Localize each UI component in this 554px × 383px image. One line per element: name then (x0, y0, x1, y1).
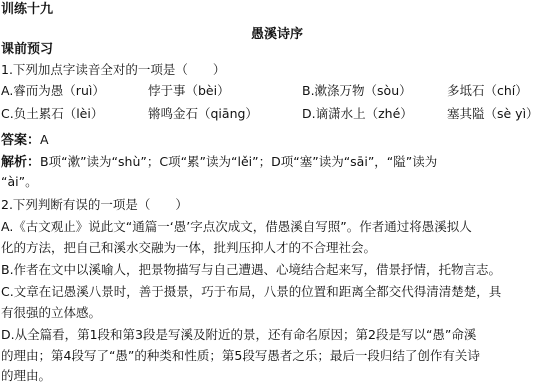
question-1-stem: 1.下列加点字读音全对的一项是（ ） (1, 62, 225, 78)
question-2-stem: 2.下列判断有误的一项是（ ） (1, 197, 188, 213)
q1-option-d-2: 塞其隘（sè yì） (447, 106, 539, 122)
q2-option-d-line2: 的理由；第4段写了“愚”的种类和性质；第5段写愚者之乐；最后一段归结了创作有关诗 (1, 348, 480, 364)
q1-answer: 答案：A (1, 132, 49, 149)
q2-option-d-line1: D.从全篇看，第1段和第3段是写溪及附近的景，还有命名原因；第2段是写以“愚”命… (1, 327, 476, 343)
q2-option-c-line1: C.文章在记愚溪八景时，善于摄景，巧于布局，八景的位置和距离全都交代得清清楚楚，… (1, 284, 501, 300)
answer-label: 答案： (1, 133, 40, 148)
q2-option-d-line3: 的理由。 (1, 368, 51, 383)
analysis-text: B项“漱”读为“shù”；C项“累”读为“lěi”；D项“塞”读为“sāi”，“… (40, 154, 437, 169)
q2-option-a-line1: A.《古文观止》说此文“通篇一‘愚’字点次成文，借愚溪自写照”。作者通过将愚溪拟… (1, 219, 472, 235)
q1-option-c-2: 锵鸣金石（qiāng） (148, 106, 258, 122)
q1-option-b-1: B.漱涤万物（sòu） (302, 83, 412, 99)
section-heading: 训练十九 (1, 2, 53, 18)
q1-option-c-1: C.负土累石（lèi） (1, 106, 103, 122)
q2-option-b-line1: B.作者在文中以溪喻人，把景物描写与自己遭遇、心境结合起来写，借景抒情，托物言志… (1, 262, 501, 278)
q1-option-d-1: D.谪潇水上（zhé） (302, 106, 413, 122)
q2-option-c-line2: 有很强的立体感。 (1, 305, 101, 321)
q1-option-b-2: 多坻石（chí） (447, 83, 528, 99)
subsection-heading: 课前预习 (1, 42, 53, 58)
analysis-label: 解析： (1, 155, 40, 170)
document-title: 愚溪诗序 (0, 23, 554, 42)
answer-value: A (40, 132, 49, 147)
q1-option-a-1: A.睿而为愚（ruì） (1, 83, 105, 99)
q2-option-a-line2: 化的方法，把自己和溪水交融为一体，批判压抑人才的不合理社会。 (1, 240, 376, 256)
q1-analysis-cont: “ài”。 (1, 174, 38, 190)
q1-option-a-2: 悖于事（bèi） (148, 83, 230, 99)
q1-analysis: 解析：B项“漱”读为“shù”；C项“累”读为“lěi”；D项“塞”读为“sāi… (1, 154, 437, 171)
